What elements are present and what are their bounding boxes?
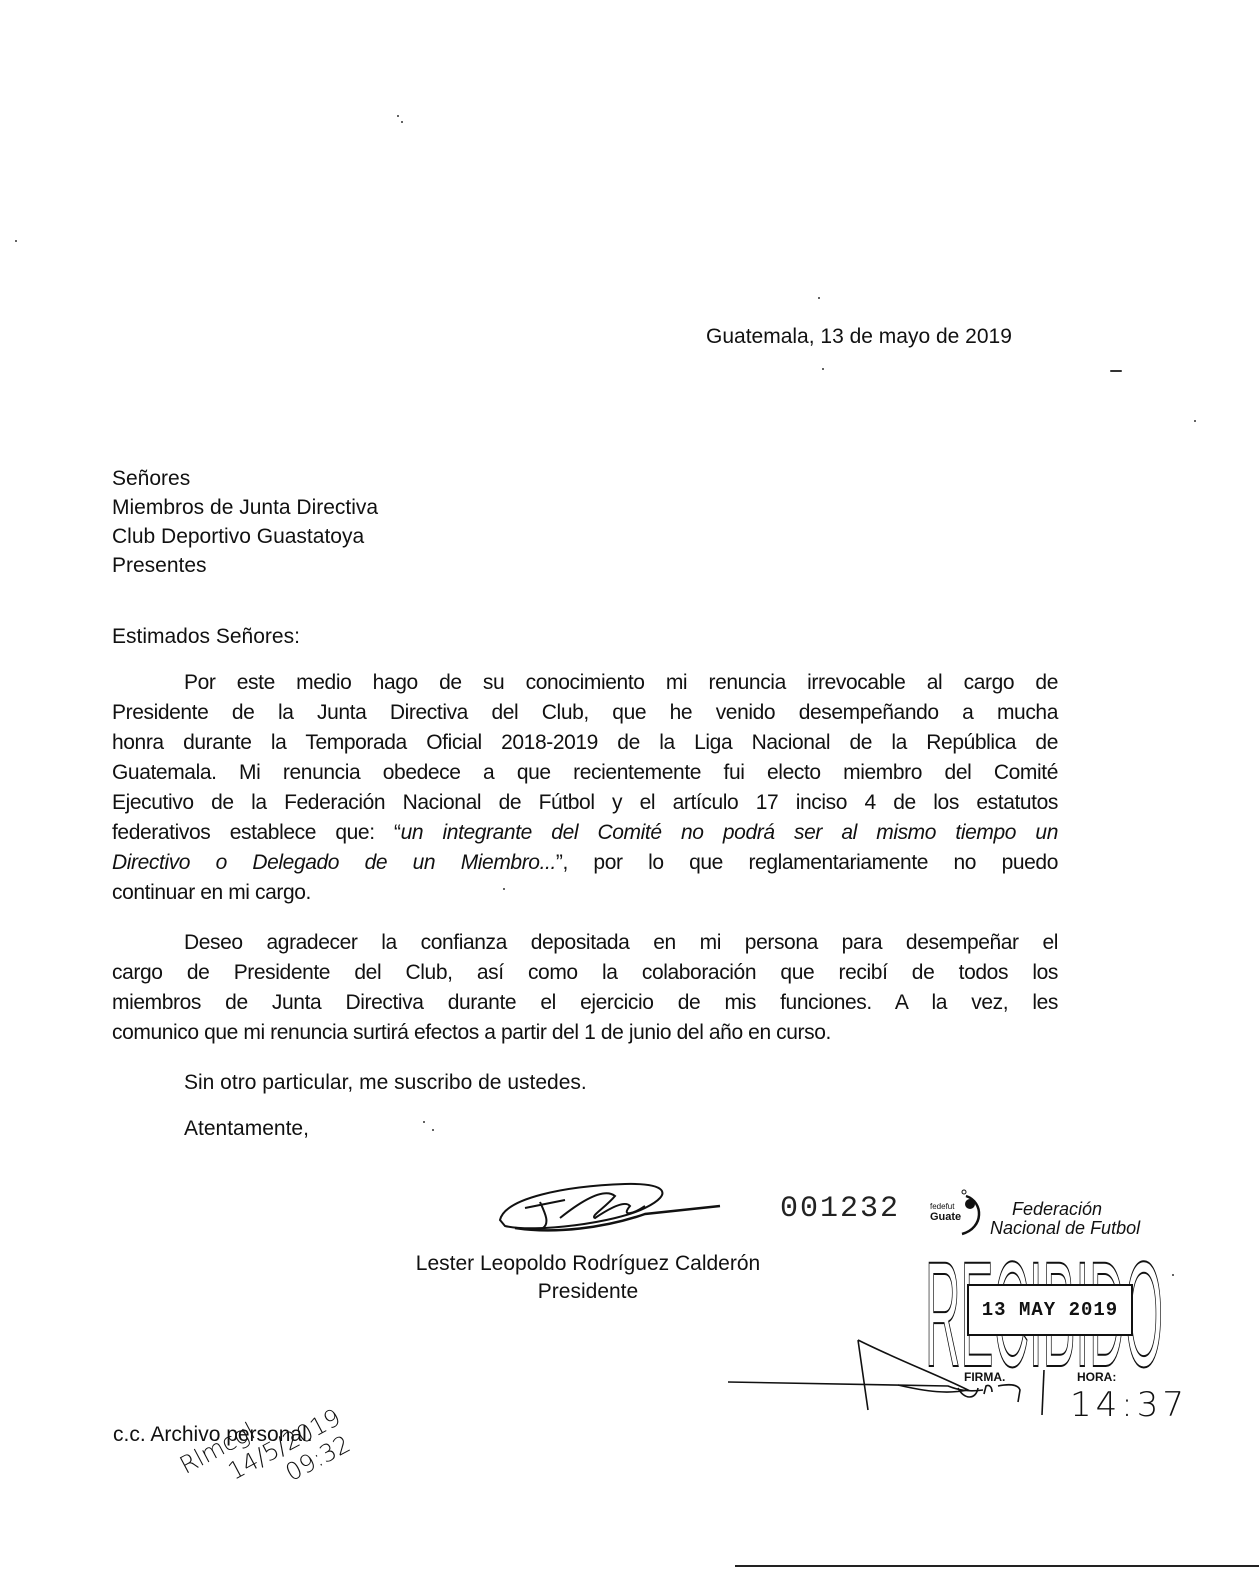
scan-speck: [15, 240, 17, 242]
body-paragraph-1: Por este medio hago de su conocimiento m…: [112, 668, 1058, 908]
recipient-line: Señores: [112, 464, 378, 493]
folio-number: 001232: [780, 1192, 900, 1226]
salutation: Estimados Señores:: [112, 622, 300, 651]
signer-name: Lester Leopoldo Rodríguez Calderón: [388, 1250, 788, 1278]
scan-speck: [1194, 420, 1196, 422]
paragraph-line: Guatemala. Mi renuncia obedece a que rec…: [112, 758, 1058, 788]
paragraph-line: Presidente de la Junta Directiva del Clu…: [112, 698, 1058, 728]
body-paragraph-2: Deseo agradecer la confianza depositada …: [112, 928, 1058, 1048]
logo-text-top: fedefut: [930, 1202, 954, 1211]
recipient-line: Presentes: [112, 551, 378, 580]
scan-speck: [1172, 1274, 1174, 1276]
federation-name-line1: Federación: [990, 1200, 1140, 1219]
quote-suffix: ”, por lo que reglamentariamente no pued…: [556, 851, 1058, 874]
signer-block: Lester Leopoldo Rodríguez Calderón Presi…: [388, 1250, 788, 1306]
paragraph-line-quote-start: federativos establece que: “un integrant…: [112, 818, 1058, 848]
quote-prefix: federativos establece que: “: [112, 821, 401, 844]
scan-speck: [822, 368, 824, 370]
closing-line: Sin otro particular, me suscribo de uste…: [184, 1068, 587, 1097]
scan-speck: [503, 888, 505, 890]
regards-line: Atentamente,: [184, 1114, 309, 1143]
quoted-text: Directivo o Delegado de un Miembro...: [112, 851, 556, 874]
scan-speck: [397, 115, 399, 117]
recipient-block: Señores Miembros de Junta Directiva Club…: [112, 464, 378, 580]
recipient-line: Miembros de Junta Directiva: [112, 493, 378, 522]
paragraph-line-quote-end: Directivo o Delegado de un Miembro...”, …: [112, 848, 1058, 878]
paragraph-line: miembros de Junta Directiva durante el e…: [112, 988, 1058, 1018]
handwritten-note: Rlmcgl. 14/5/2019 09:32: [175, 1378, 358, 1529]
scan-edge-line: [735, 1565, 1259, 1567]
paragraph-line: comunico que mi renuncia surtirá efectos…: [112, 1018, 1058, 1048]
place-date: Guatemala, 13 de mayo de 2019: [706, 322, 1012, 351]
quoted-text: un integrante del Comité no podrá ser al…: [401, 821, 1058, 844]
stamp-signature-scribble-icon: [728, 1330, 1048, 1420]
received-date: 13 MAY 2019: [982, 1299, 1118, 1321]
scan-speck: [818, 297, 820, 299]
scan-speck: [401, 121, 403, 123]
federation-name: Federación Nacional de Futbol: [990, 1200, 1140, 1238]
scan-speck: [423, 1121, 425, 1123]
signature-scribble-icon: [495, 1178, 725, 1238]
scan-speck: [1110, 370, 1122, 372]
federation-name-line2: Nacional de Futbol: [990, 1219, 1140, 1238]
paragraph-line: Ejecutivo de la Federación Nacional de F…: [112, 788, 1058, 818]
signer-title: Presidente: [388, 1278, 788, 1306]
hora-label: HORA:: [1077, 1370, 1116, 1384]
federation-logo: fedefut Guate: [926, 1188, 986, 1236]
paragraph-line: Por este medio hago de su conocimiento m…: [112, 668, 1058, 698]
scan-speck: [432, 1129, 434, 1131]
paragraph-line: cargo de Presidente del Club, así como l…: [112, 958, 1058, 988]
handwritten-time: 14:37: [1070, 1385, 1188, 1425]
logo-text-bottom: Guate: [930, 1211, 961, 1223]
received-date-box: 13 MAY 2019: [967, 1284, 1133, 1336]
paragraph-line: Deseo agradecer la confianza depositada …: [112, 928, 1058, 958]
paragraph-line: honra durante la Temporada Oficial 2018-…: [112, 728, 1058, 758]
recipient-line: Club Deportivo Guastatoya: [112, 522, 378, 551]
paragraph-line: continuar en mi cargo.: [112, 878, 1058, 908]
